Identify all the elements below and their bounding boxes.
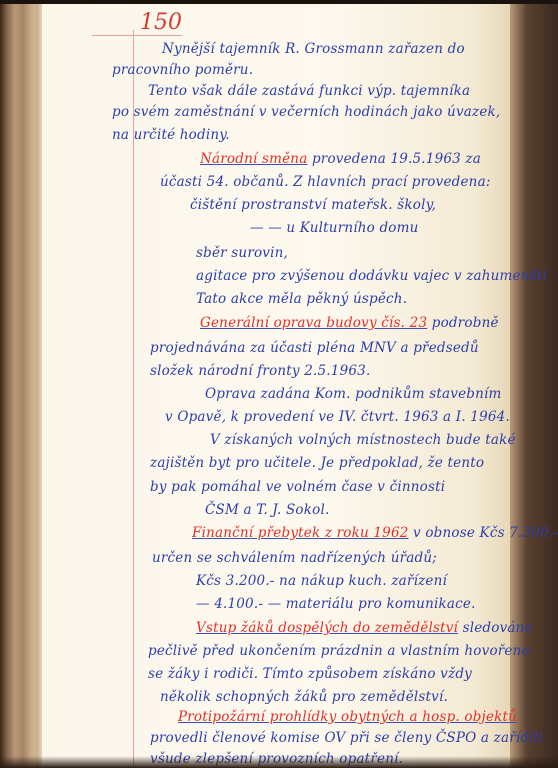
- section-heading-line: Generální oprava budovy čís. 23 podrobně: [200, 315, 499, 331]
- text-line: pečlivě před ukončením prázdnin a vlastn…: [148, 643, 530, 659]
- line-text: Nynější tajemník R. Grossmann zařazen do: [162, 41, 465, 57]
- text-line: ČSM a T. J. Sokol.: [205, 502, 329, 518]
- section-heading-line: Vstup žáků dospělých do zemědělství sled…: [196, 620, 533, 636]
- line-text: určen se schválením nadřízených úřadů;: [152, 550, 437, 566]
- red-heading: Finanční přebytek z roku 1962: [192, 525, 409, 541]
- line-text: by pak pomáhal ve volném čase v činnosti: [150, 479, 445, 495]
- text-line: projednávána za účasti pléna MNV a předs…: [150, 340, 479, 356]
- line-text: několik schopných žáků pro zemědělství.: [160, 689, 448, 705]
- section-heading-line: Finanční přebytek z roku 1962 v obnose K…: [192, 525, 558, 541]
- text-line: určen se schválením nadřízených úřadů;: [152, 550, 437, 566]
- text-line: sběr surovin,: [196, 245, 288, 261]
- text-line: po svém zaměstnání v večerních hodinách …: [112, 104, 500, 120]
- text-line: zajištěn byt pro učitele. Je předpoklad,…: [150, 455, 484, 471]
- line-text: po svém zaměstnání v večerních hodinách …: [112, 104, 500, 120]
- line-text: Tato akce měla pěkný úspěch.: [196, 291, 407, 307]
- line-text: provedena 19.5.1963 za: [307, 151, 481, 167]
- line-text: pečlivě před ukončením prázdnin a vlastn…: [148, 643, 530, 659]
- line-text: se žáky i rodiči. Tímto způsobem získáno…: [148, 666, 472, 682]
- text-line: se žáky i rodiči. Tímto způsobem získáno…: [148, 666, 472, 682]
- margin-line-horizontal: [92, 35, 182, 36]
- line-text: provedli členové komise OV při se členy …: [150, 730, 543, 746]
- line-text: na určité hodiny.: [112, 127, 230, 143]
- line-text: Oprava zadána Kom. podnikům stavebním: [205, 386, 502, 402]
- line-text: — 4.100.- — materiálu pro komunikace.: [196, 596, 476, 612]
- red-heading: Vstup žáků dospělých do zemědělství: [196, 620, 458, 636]
- line-text: čištění prostranství mateřsk. školy,: [190, 197, 436, 213]
- text-line: Tato akce měla pěkný úspěch.: [196, 291, 407, 307]
- line-text: sběr surovin,: [196, 245, 288, 261]
- line-text: Tento však dále zastává funkci výp. taje…: [148, 83, 470, 99]
- red-heading: Protipožární prohlídky obytných a hosp. …: [178, 709, 517, 725]
- section-heading-line: Národní směna provedena 19.5.1963 za: [200, 151, 481, 167]
- text-line: několik schopných žáků pro zemědělství.: [160, 689, 448, 705]
- text-line: na určité hodiny.: [112, 127, 230, 143]
- text-line: V získaných volných místnostech bude tak…: [210, 432, 516, 448]
- line-text: Kčs 3.200.- na nákup kuch. zařízení: [196, 573, 447, 589]
- text-line: Tento však dále zastává funkci výp. taje…: [148, 83, 470, 99]
- book-bottom-edge: [0, 756, 558, 768]
- line-text: zajištěn byt pro učitele. Je předpoklad,…: [150, 455, 484, 471]
- line-text: projednávána za účasti pléna MNV a předs…: [150, 340, 479, 356]
- line-text: ČSM a T. J. Sokol.: [205, 502, 329, 518]
- text-line: agitace pro zvýšenou dodávku vajec v zah…: [196, 268, 547, 284]
- line-text: v Opavě, k provedení ve IV. čtvrt. 1963 …: [165, 409, 510, 425]
- line-text: složek národní fronty 2.5.1963.: [150, 363, 370, 379]
- text-line: Nynější tajemník R. Grossmann zařazen do: [162, 41, 465, 57]
- line-text: účasti 54. občanů. Z hlavních prací prov…: [160, 174, 491, 190]
- text-line: čištění prostranství mateřsk. školy,: [190, 197, 436, 213]
- line-text: agitace pro zvýšenou dodávku vajec v zah…: [196, 268, 547, 284]
- line-text: pracovního poměru.: [112, 62, 253, 78]
- section-heading-line: Protipožární prohlídky obytných a hosp. …: [178, 709, 517, 725]
- text-line: v Opavě, k provedení ve IV. čtvrt. 1963 …: [165, 409, 510, 425]
- line-text: sledováno: [458, 620, 533, 636]
- text-line: by pak pomáhal ve volném čase v činnosti: [150, 479, 445, 495]
- text-line: účasti 54. občanů. Z hlavních prací prov…: [160, 174, 491, 190]
- line-text: V získaných volných místnostech bude tak…: [210, 432, 516, 448]
- page-number: 150: [140, 10, 182, 35]
- text-line: složek národní fronty 2.5.1963.: [150, 363, 370, 379]
- text-line: — — u Kulturního domu: [250, 220, 419, 236]
- red-heading: Národní směna: [200, 151, 307, 167]
- text-line: Kčs 3.200.- na nákup kuch. zařízení: [196, 573, 447, 589]
- line-text: — — u Kulturního domu: [250, 220, 419, 236]
- line-text: podrobně: [427, 315, 498, 331]
- text-line: Oprava zadána Kom. podnikům stavebním: [205, 386, 502, 402]
- text-line: pracovního poměru.: [112, 62, 253, 78]
- line-text: v obnose Kčs 7.300.-: [409, 525, 558, 541]
- text-line: — 4.100.- — materiálu pro komunikace.: [196, 596, 476, 612]
- red-heading: Generální oprava budovy čís. 23: [200, 315, 427, 331]
- text-line: provedli členové komise OV při se členy …: [150, 730, 543, 746]
